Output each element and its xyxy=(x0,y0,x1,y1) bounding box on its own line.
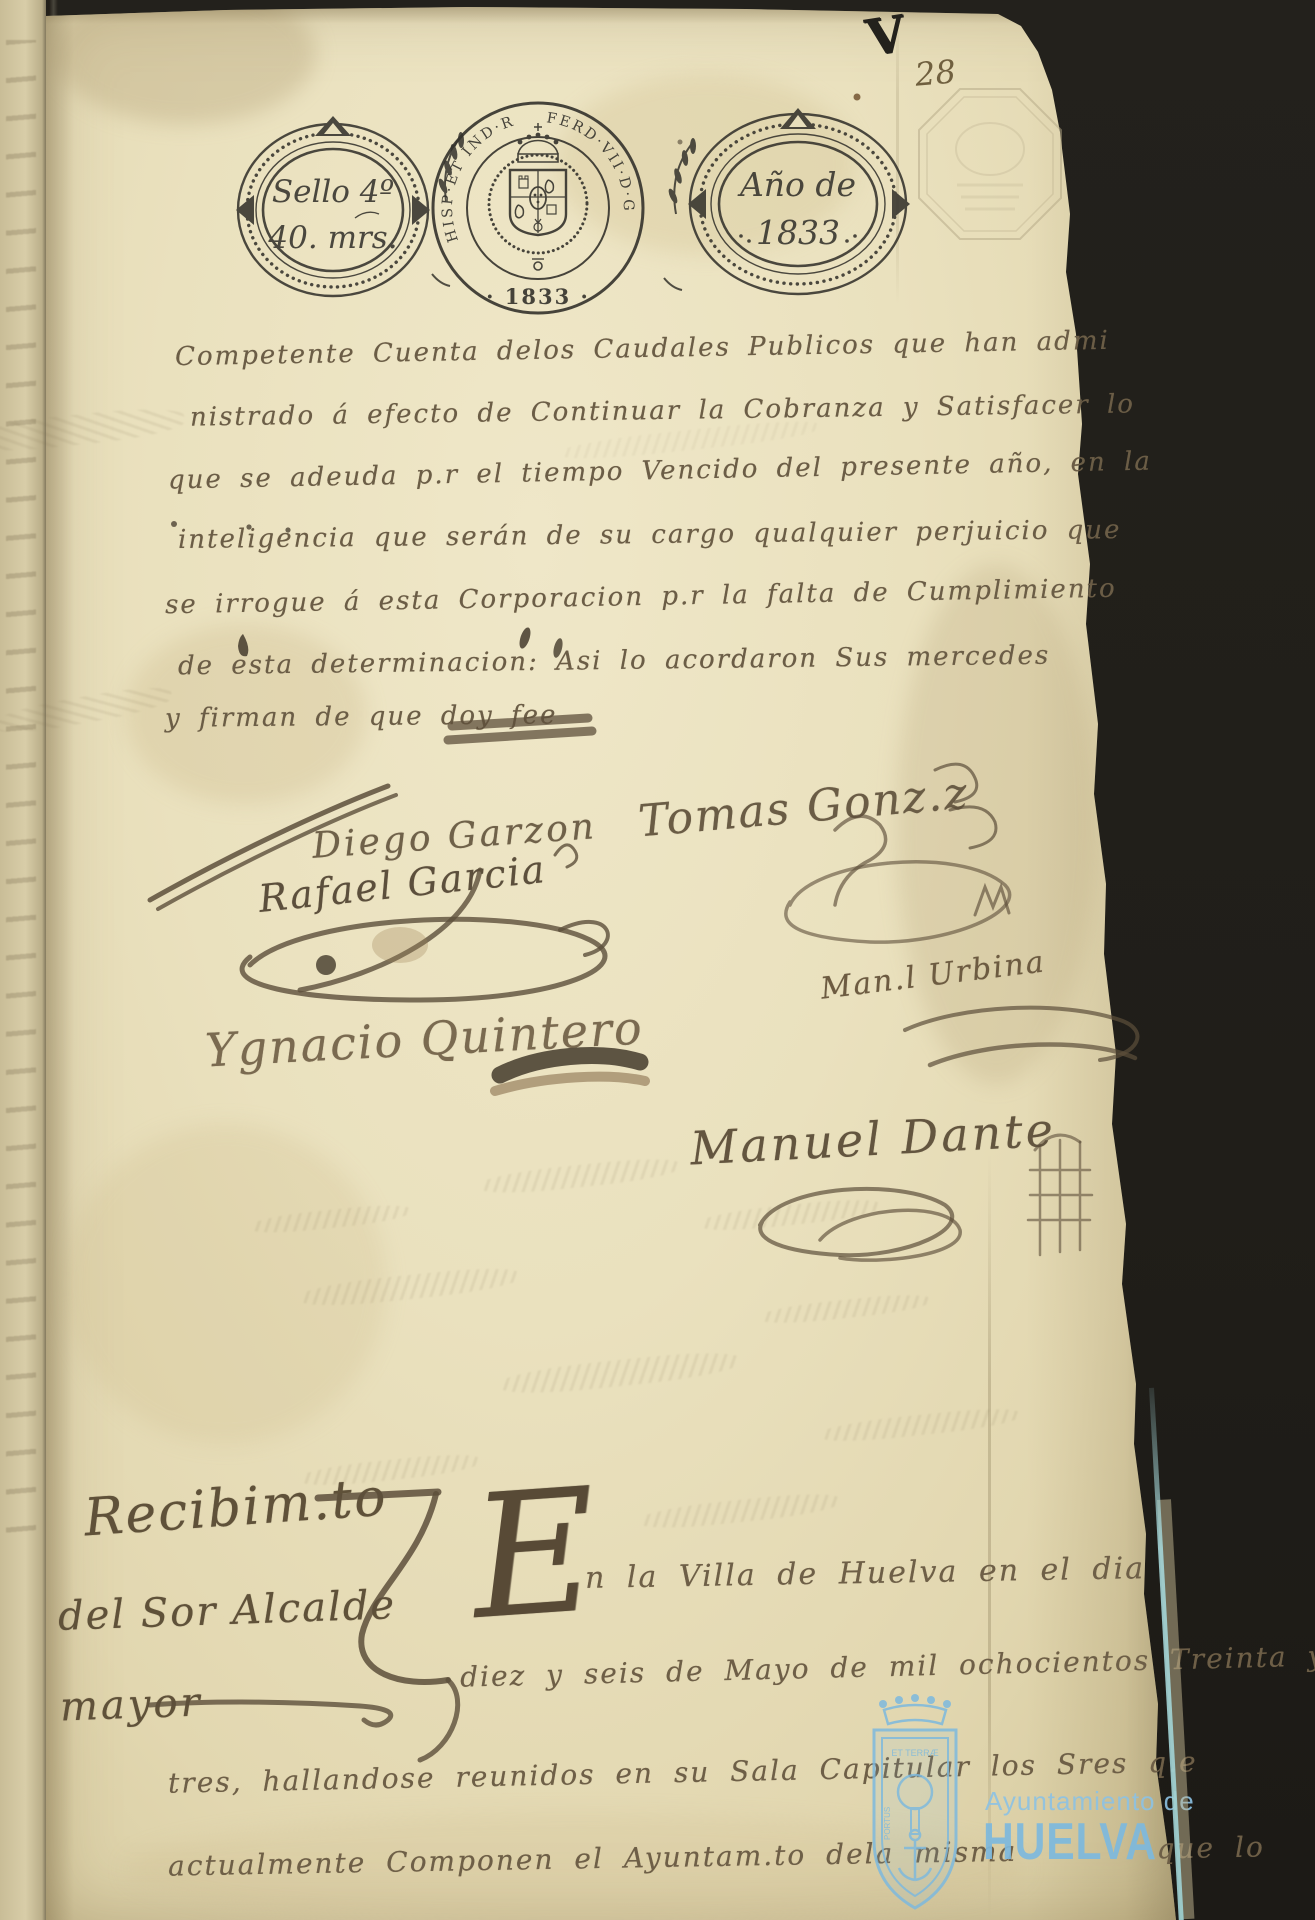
mayor-dash xyxy=(150,1702,391,1725)
ignacio-smear xyxy=(500,1056,640,1075)
doy-fee-dash xyxy=(448,718,592,740)
shield-motto-top: ET TERRÆ xyxy=(891,1748,938,1758)
scanned-document: Sello 4º 40. mrs. HISP·ET IND·R FERD·VII… xyxy=(0,0,1315,1920)
dante-rubric xyxy=(760,1189,952,1255)
huelva-watermark: ET TERRÆ PORTUS Ayuntamiento de HUELVA xyxy=(860,1690,1315,1920)
double-slash-rubric xyxy=(150,786,388,900)
tomas-rubric xyxy=(935,764,996,848)
rafael-rubric xyxy=(242,919,605,1000)
shield-motto-left: PORTUS xyxy=(883,1807,892,1840)
urbina-rubric xyxy=(905,1008,1137,1060)
brace-top-bar xyxy=(318,1492,438,1498)
huelva-shield-icon: ET TERRÆ PORTUS xyxy=(860,1690,970,1920)
ink-flourishes xyxy=(0,0,1315,1920)
margin-brace xyxy=(361,1494,448,1682)
watermark-text-name: HUELVA xyxy=(983,1812,1157,1872)
